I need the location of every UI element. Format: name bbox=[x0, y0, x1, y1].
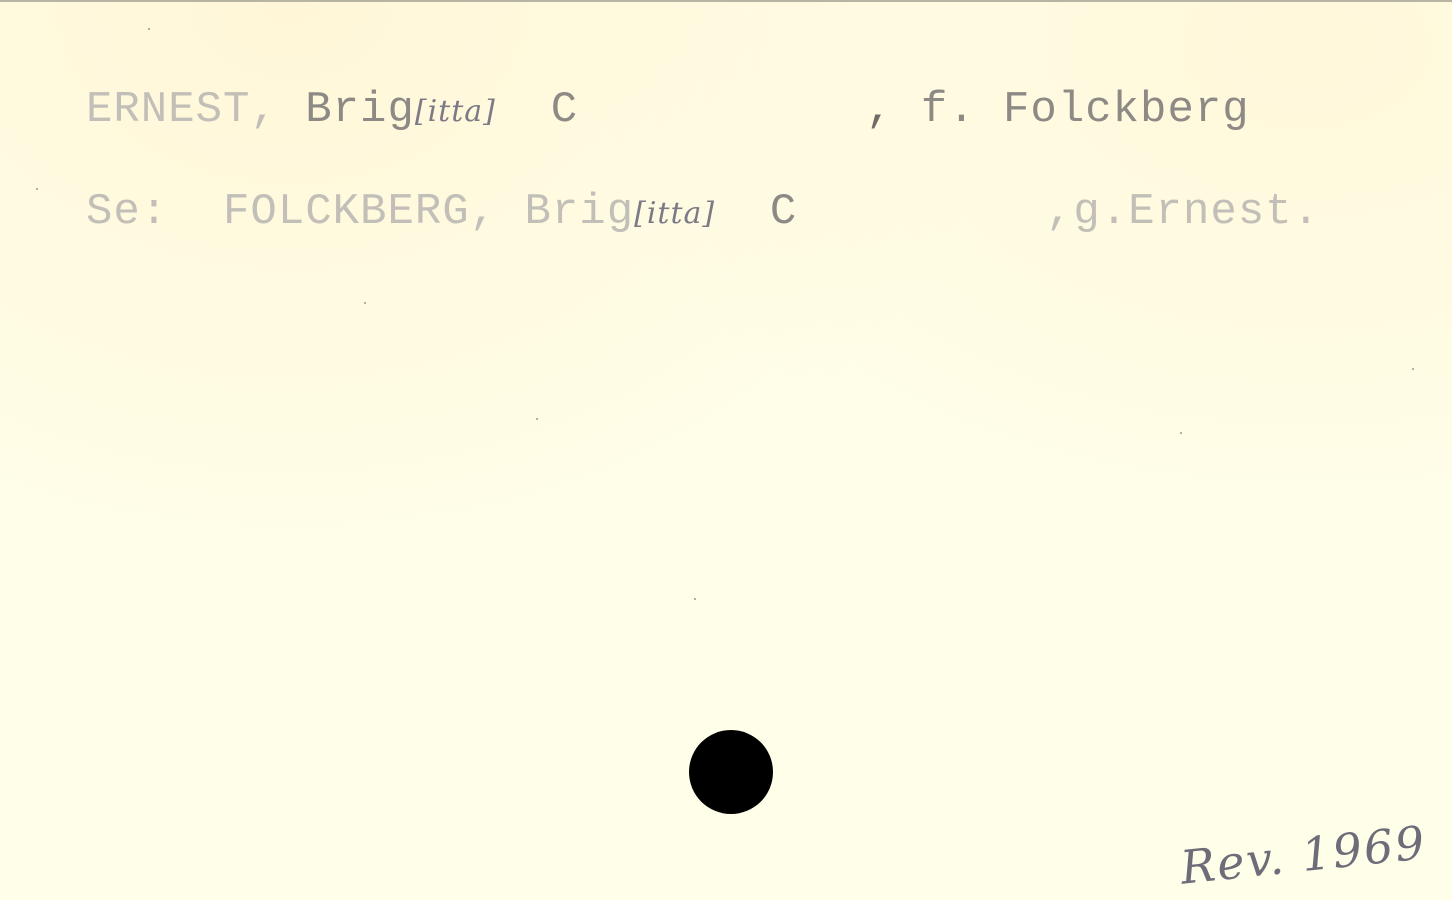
index-card: ERNEST, Brig[itta] C , f. Folckberg Se: … bbox=[0, 0, 1452, 900]
see-label: Se: bbox=[86, 187, 168, 237]
paper-speck bbox=[1412, 368, 1414, 370]
paper-speck bbox=[148, 28, 150, 30]
paper-speck bbox=[36, 188, 38, 190]
maiden-name: Folckberg bbox=[1003, 85, 1250, 135]
ref-initial: C bbox=[770, 187, 797, 237]
married-note: ,g.Ernest. bbox=[1046, 190, 1320, 234]
entry-given-typed: Brig bbox=[305, 85, 415, 135]
entry-maiden-name: , f. Folckberg bbox=[866, 88, 1250, 132]
see-reference-line: Se: FOLCKBERG, Brig[itta] C bbox=[86, 190, 797, 234]
entry-line: ERNEST, Brig[itta] C bbox=[86, 88, 578, 132]
entry-initial: C bbox=[551, 85, 578, 135]
paper-speck bbox=[694, 598, 696, 600]
revision-annotation: Rev. 1969 bbox=[1178, 815, 1429, 894]
maiden-prefix: f. bbox=[921, 85, 976, 135]
paper-speck bbox=[364, 302, 366, 304]
paper-speck bbox=[536, 418, 538, 420]
entry-surname: ERNEST, bbox=[86, 85, 278, 135]
paper-speck bbox=[1180, 432, 1182, 434]
ref-given-typed: Brig bbox=[524, 187, 634, 237]
punch-hole bbox=[689, 730, 773, 814]
ref-surname: FOLCKBERG, bbox=[223, 187, 497, 237]
ref-given-handwritten: [itta] bbox=[634, 196, 715, 231]
entry-given-handwritten: [itta] bbox=[415, 94, 496, 129]
